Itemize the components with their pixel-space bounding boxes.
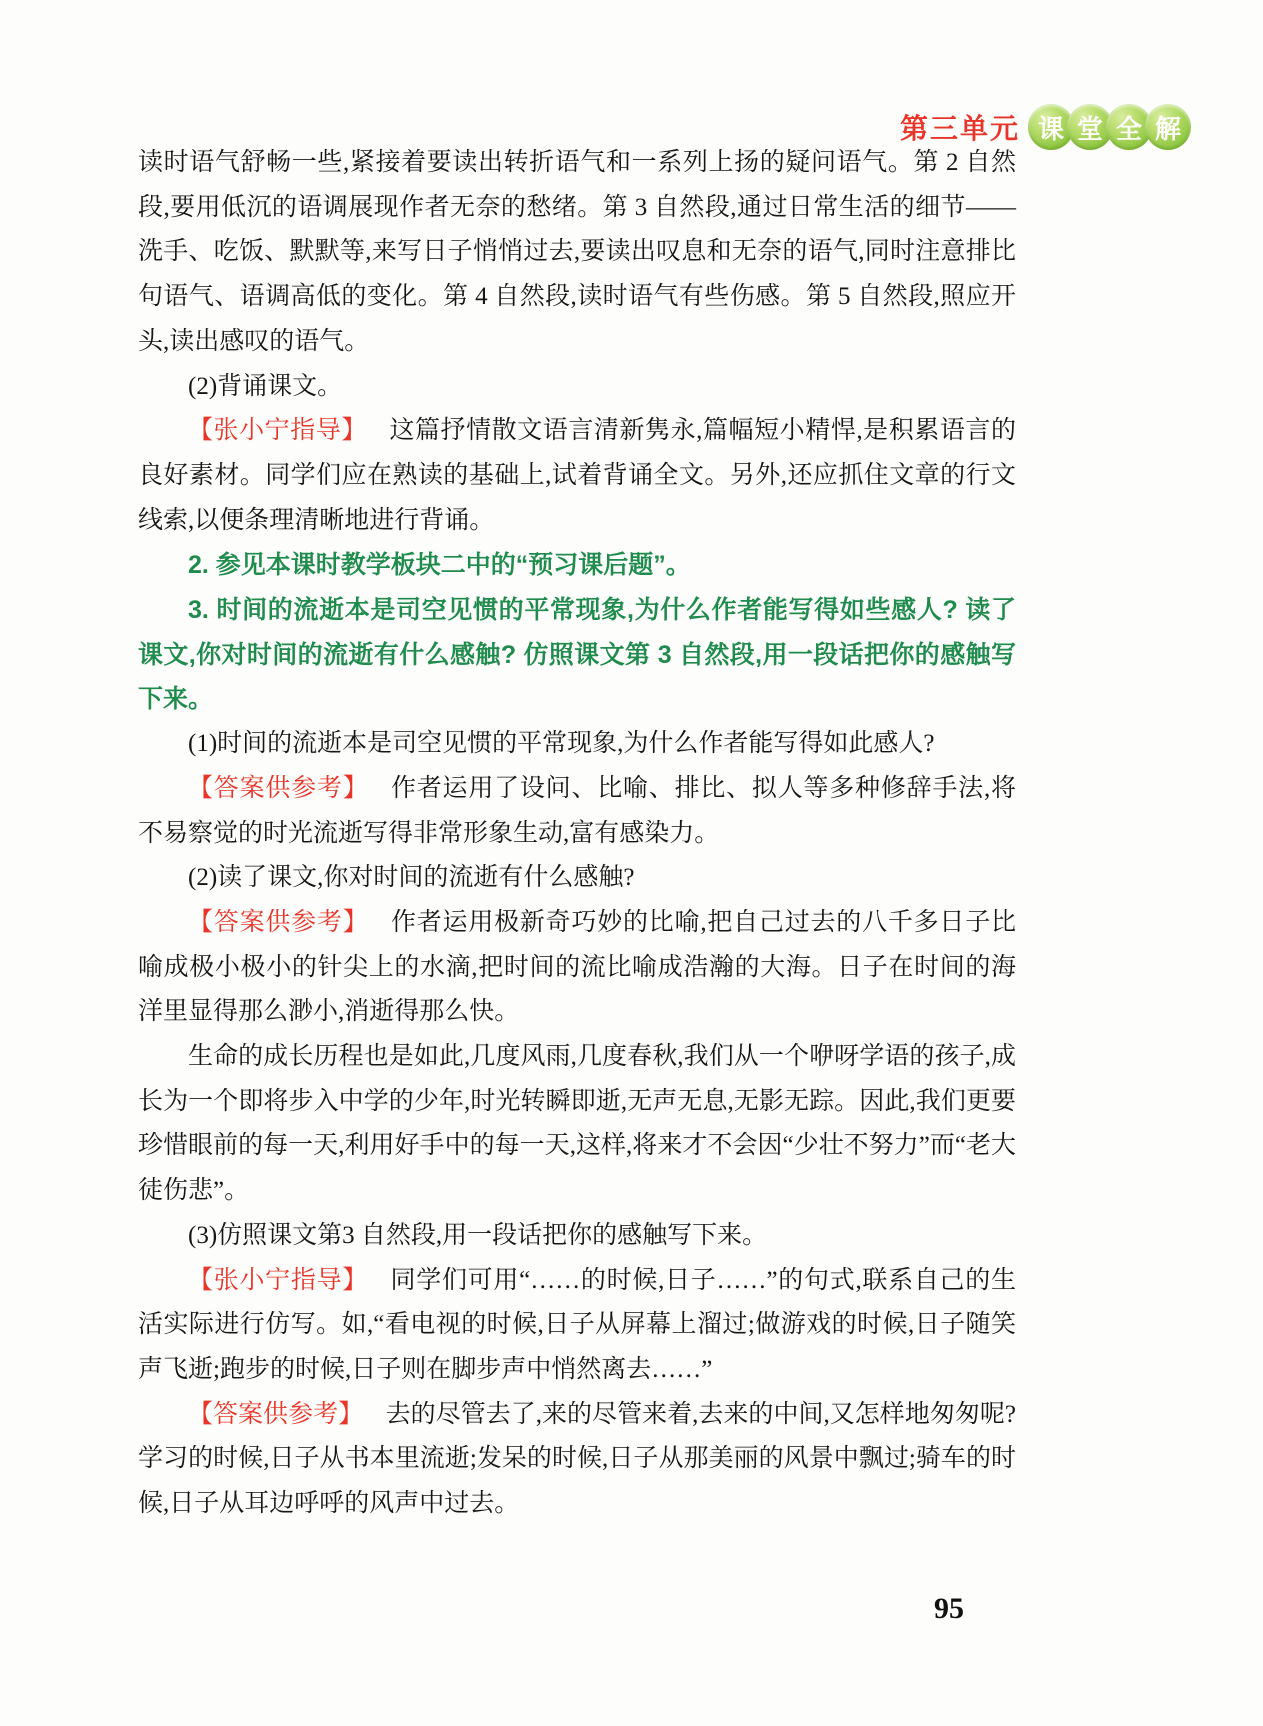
answer-label: 【答案供参考】 <box>188 909 368 936</box>
paragraph-text: (2)背诵课文。 <box>188 373 342 400</box>
coursebook-badge: 课 堂 全 解 <box>1028 104 1191 150</box>
paragraph-subquestion-2: (2)读了课文,你对时间的流逝有什么感触? <box>138 856 1016 901</box>
paragraph-life-reflection: 生命的成长历程也是如此,几度风雨,几度春秋,我们从一个咿呀学语的孩子,成长为一个… <box>138 1035 1016 1214</box>
guidance-label: 【张小宁指导】 <box>188 1267 368 1294</box>
answer-label: 【答案供参考】 <box>188 775 368 802</box>
body-text: 读时语气舒畅一些,紧接着要读出转折语气和一系列上扬的疑问语气。第 2 自然段,要… <box>138 141 1016 1527</box>
paragraph-answer-reference-2: 【答案供参考】作者运用极新奇巧妙的比喻,把自己过去的八千多日子比喻成极小极小的针… <box>138 901 1016 1035</box>
badge-circle: 解 <box>1145 104 1191 150</box>
page-number: 95 <box>934 1592 964 1626</box>
paragraph-answer-reference-3: 【答案供参考】去的尽管去了,来的尽管来着,去来的中间,又怎样地匆匆呢? 学习的时… <box>138 1393 1016 1527</box>
answer-label: 【答案供参考】 <box>188 1401 363 1428</box>
paragraph-text: (2)读了课文,你对时间的流逝有什么感触? <box>188 864 635 891</box>
paragraph-text: 读时语气舒畅一些,紧接着要读出转折语气和一系列上扬的疑问语气。第 2 自然段,要… <box>138 149 1016 355</box>
paragraph-text: (1)时间的流逝本是司空见惯的平常现象,为什么作者能写得如此感人? <box>188 730 935 757</box>
paragraph-reading-guidance-continuation: 读时语气舒畅一些,紧接着要读出转折语气和一系列上扬的疑问语气。第 2 自然段,要… <box>138 141 1016 365</box>
textbook-page: 第三单元 课 堂 全 解 读时语气舒畅一些,紧接着要读出转折语气和一系列上扬的疑… <box>0 0 1263 1726</box>
paragraph-subquestion-1: (1)时间的流逝本是司空见惯的平常现象,为什么作者能写得如此感人? <box>138 722 1016 767</box>
paragraph-subquestion-3: (3)仿照课文第3 自然段,用一段话把你的感触写下来。 <box>138 1214 1016 1259</box>
paragraph-teacher-guidance: 【张小宁指导】这篇抒情散文语言清新隽永,篇幅短小精悍,是积累语言的良好素材。同学… <box>138 409 1016 543</box>
paragraph-question-2: 2. 参见本课时教学板块二中的“预习课后题”。 <box>138 543 1016 588</box>
paragraph-text: 3. 时间的流逝本是司空见惯的平常现象,为什么作者能写得如些感人? 读了课文,你… <box>138 596 1016 713</box>
paragraph-text: 2. 参见本课时教学板块二中的“预习课后题”。 <box>188 551 691 579</box>
paragraph-teacher-guidance-2: 【张小宁指导】同学们可用“……的时候,日子……”的句式,联系自己的生活实际进行仿… <box>138 1259 1016 1393</box>
paragraph-answer-reference-1: 【答案供参考】作者运用了设问、比喻、排比、拟人等多种修辞手法,将不易察觉的时光流… <box>138 767 1016 856</box>
paragraph-text: 生命的成长历程也是如此,几度风雨,几度春秋,我们从一个咿呀学语的孩子,成长为一个… <box>138 1043 1016 1204</box>
paragraph-text: (3)仿照课文第3 自然段,用一段话把你的感触写下来。 <box>188 1222 767 1249</box>
guidance-label: 【张小宁指导】 <box>188 417 367 444</box>
paragraph-question-3: 3. 时间的流逝本是司空见惯的平常现象,为什么作者能写得如些感人? 读了课文,你… <box>138 588 1016 722</box>
paragraph-recite-item: (2)背诵课文。 <box>138 365 1016 410</box>
